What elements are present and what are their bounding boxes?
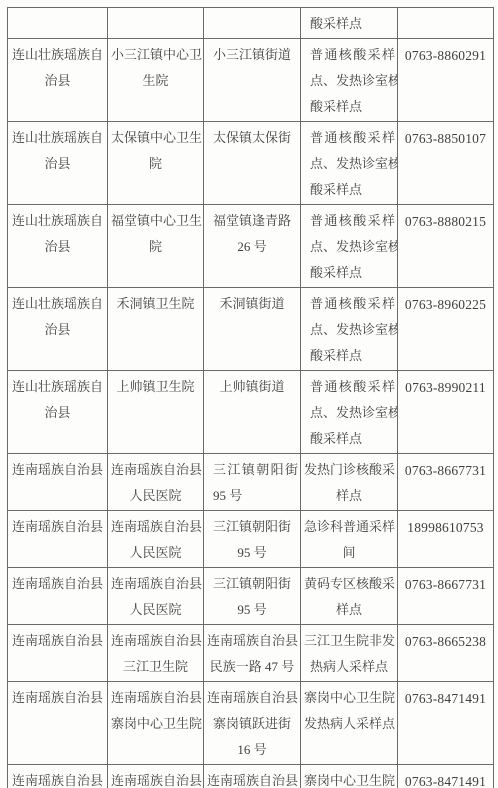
county-cell: 连南瑶族自治县 <box>8 625 108 682</box>
site-type-cell: 急诊科普通采样间 <box>301 511 398 568</box>
address-cell: 上帅镇街道 <box>204 371 301 454</box>
county-cell: 连山壮族瑶族自治县 <box>8 288 108 371</box>
site-type-cell: 寨岗中心卫生院发热病人采样点 <box>301 682 398 765</box>
site-type-cell: 普通核酸采样点、发热诊室核酸采样点 <box>301 288 398 371</box>
county-cell: 连南瑶族自治县 <box>8 511 108 568</box>
table-row: 连南瑶族自治县连南瑶族自治县寨岗中心卫生院连南瑶族自治县寨岗镇跃进街16 号寨岗… <box>8 682 494 765</box>
phone-cell: 0763-8667731 <box>398 568 494 625</box>
institution-cell: 福堂镇中心卫生院 <box>108 205 204 288</box>
phone-cell: 0763-8471491 <box>398 682 494 765</box>
phone-cell: 18998610753 <box>398 511 494 568</box>
table-body: 酸采样点连山壮族瑶族自治县小三江镇中心卫生院小三江镇街道普通核酸采样点、发热诊室… <box>8 8 494 788</box>
table-row: 连南瑶族自治县连南瑶族自治县人民医院三江镇朝阳街95 号急诊科普通采样间1899… <box>8 511 494 568</box>
table-row: 连山壮族瑶族自治县福堂镇中心卫生院福堂镇逢青路26 号普通核酸采样点、发热诊室核… <box>8 205 494 288</box>
phone-cell <box>398 8 494 39</box>
site-type-cell: 酸采样点 <box>301 8 398 39</box>
phone-cell: 0763-8667731 <box>398 454 494 511</box>
phone-cell: 0763-8860291 <box>398 39 494 122</box>
county-cell: 连山壮族瑶族自治县 <box>8 39 108 122</box>
table-row: 连南瑶族自治县连南瑶族自治县连南瑶族自治县寨岗中心卫生院0763-8471491 <box>8 765 494 788</box>
table-row: 连山壮族瑶族自治县太保镇中心卫生院太保镇太保街普通核酸采样点、发热诊室核酸采样点… <box>8 122 494 205</box>
table-row: 连南瑶族自治县连南瑶族自治县人民医院三江镇朝阳街95 号黄码专区核酸采样点076… <box>8 568 494 625</box>
county-cell: 连南瑶族自治县 <box>8 765 108 788</box>
address-cell: 禾洞镇街道 <box>204 288 301 371</box>
address-cell: 连南瑶族自治县 <box>204 765 301 788</box>
phone-cell: 0763-8665238 <box>398 625 494 682</box>
site-type-cell: 寨岗中心卫生院 <box>301 765 398 788</box>
phone-cell: 0763-8960225 <box>398 288 494 371</box>
address-cell: 连南瑶族自治县寨岗镇跃进街16 号 <box>204 682 301 765</box>
institution-cell: 太保镇中心卫生院 <box>108 122 204 205</box>
address-cell: 三江镇朝阳街95 号 <box>204 454 301 511</box>
phone-cell: 0763-8990211 <box>398 371 494 454</box>
phone-cell: 0763-8880215 <box>398 205 494 288</box>
address-cell: 太保镇太保街 <box>204 122 301 205</box>
county-cell: 连山壮族瑶族自治县 <box>8 122 108 205</box>
address-cell <box>204 8 301 39</box>
institution-cell: 连南瑶族自治县人民医院 <box>108 568 204 625</box>
institution-cell: 连南瑶族自治县人民医院 <box>108 454 204 511</box>
table-row: 连山壮族瑶族自治县小三江镇中心卫生院小三江镇街道普通核酸采样点、发热诊室核酸采样… <box>8 39 494 122</box>
site-type-cell: 普通核酸采样点、发热诊室核酸采样点 <box>301 122 398 205</box>
county-cell: 连南瑶族自治县 <box>8 682 108 765</box>
address-cell: 连南瑶族自治县民族一路 47 号 <box>204 625 301 682</box>
institution-cell: 连南瑶族自治县 <box>108 765 204 788</box>
address-cell: 三江镇朝阳街95 号 <box>204 511 301 568</box>
site-type-cell: 普通核酸采样点、发热诊室核酸采样点 <box>301 39 398 122</box>
table-row: 连南瑶族自治县连南瑶族自治县三江卫生院连南瑶族自治县民族一路 47 号三江卫生院… <box>8 625 494 682</box>
table-row: 连南瑶族自治县连南瑶族自治县人民医院三江镇朝阳街95 号发热门诊核酸采样点076… <box>8 454 494 511</box>
county-cell: 连南瑶族自治县 <box>8 454 108 511</box>
site-type-cell: 三江卫生院非发热病人采样点 <box>301 625 398 682</box>
institution-cell: 上帅镇卫生院 <box>108 371 204 454</box>
county-cell: 连南瑶族自治县 <box>8 568 108 625</box>
institution-cell <box>108 8 204 39</box>
site-type-cell: 普通核酸采样点、发热诊室核酸采样点 <box>301 205 398 288</box>
table-row: 酸采样点 <box>8 8 494 39</box>
address-cell: 福堂镇逢青路26 号 <box>204 205 301 288</box>
table-row: 连山壮族瑶族自治县上帅镇卫生院上帅镇街道普通核酸采样点、发热诊室核酸采样点076… <box>8 371 494 454</box>
county-cell <box>8 8 108 39</box>
institution-cell: 连南瑶族自治县寨岗中心卫生院 <box>108 682 204 765</box>
institution-cell: 禾洞镇卫生院 <box>108 288 204 371</box>
site-type-cell: 黄码专区核酸采样点 <box>301 568 398 625</box>
county-cell: 连山壮族瑶族自治县 <box>8 371 108 454</box>
address-cell: 三江镇朝阳街95 号 <box>204 568 301 625</box>
address-cell: 小三江镇街道 <box>204 39 301 122</box>
site-type-cell: 发热门诊核酸采样点 <box>301 454 398 511</box>
phone-cell: 0763-8471491 <box>398 765 494 788</box>
testing-sites-table: 酸采样点连山壮族瑶族自治县小三江镇中心卫生院小三江镇街道普通核酸采样点、发热诊室… <box>7 7 494 788</box>
institution-cell: 连南瑶族自治县人民医院 <box>108 511 204 568</box>
site-type-cell: 普通核酸采样点、发热诊室核酸采样点 <box>301 371 398 454</box>
institution-cell: 连南瑶族自治县三江卫生院 <box>108 625 204 682</box>
county-cell: 连山壮族瑶族自治县 <box>8 205 108 288</box>
table-row: 连山壮族瑶族自治县禾洞镇卫生院禾洞镇街道普通核酸采样点、发热诊室核酸采样点076… <box>8 288 494 371</box>
institution-cell: 小三江镇中心卫生院 <box>108 39 204 122</box>
phone-cell: 0763-8850107 <box>398 122 494 205</box>
